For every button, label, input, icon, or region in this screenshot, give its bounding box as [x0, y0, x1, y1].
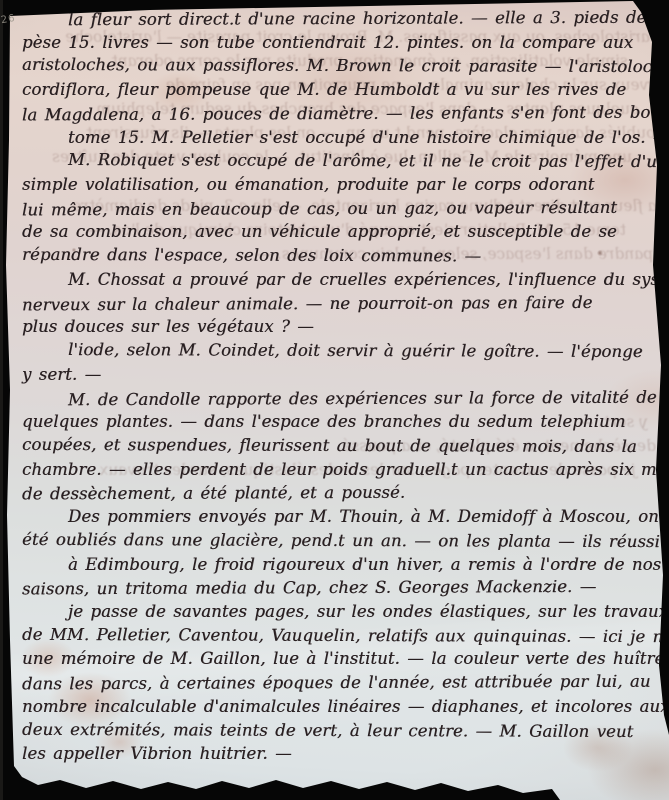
manuscript-line: coupées, et suspendues, fleurissent au b… [22, 433, 662, 459]
manuscript-line: chambre. — elles perdent de leur poids g… [22, 458, 662, 482]
manuscript-line: simple volatilisation, ou émanation, pro… [22, 173, 662, 197]
manuscript-paper: aristoloches, ou aux passiflores. M. Bro… [0, 0, 669, 800]
manuscript-line: à Edimbourg, le froid rigoureux d'un hiv… [22, 553, 662, 577]
manuscript-line: nerveux sur la chaleur animale. — ne pou… [22, 290, 662, 317]
manuscript-line: de dessèchement, a été planté, et a pous… [22, 480, 662, 507]
manuscript-line: je passe de savantes pages, sur les onde… [22, 600, 662, 624]
manuscript-line: Des pommiers envoyés par M. Thouin, à M.… [22, 505, 662, 529]
manuscript-line: M. de Candolle rapporte des expériences … [22, 385, 662, 412]
manuscript-line: pèse 15. livres — son tube contiendrait … [22, 31, 662, 55]
manuscript-text: la fleur sort direct.t d'une racine hori… [22, 7, 662, 766]
manuscript-line: deux extrémités, mais teints de vert, à … [22, 717, 662, 743]
manuscript-line: aristoloches, ou aux passiflores. M. Bro… [22, 53, 662, 79]
manuscript-line: lui même, mais en beaucoup de cas, ou un… [22, 195, 662, 222]
manuscript-line: l'iode, selon M. Coindet, doit servir à … [22, 338, 662, 364]
photo-backdrop: 26 aristoloches, ou aux passiflores. M. … [0, 0, 669, 800]
manuscript-line: répandre dans l'espace, selon des loix c… [22, 243, 662, 269]
manuscript-line: la fleur sort direct.t d'une racine hori… [22, 6, 662, 33]
manuscript-line: une mémoire de M. Gaillon, lue à l'insti… [22, 647, 662, 671]
manuscript-line: tome 15. M. Pelletier s'est occupé d'une… [22, 126, 662, 150]
manuscript-line: les appeller Vibrion huitrier. — [22, 742, 662, 766]
manuscript-line: de sa combinaison, avec un véhicule appr… [22, 220, 662, 244]
manuscript-line: de MM. Pelletier, Caventou, Vauquelin, r… [22, 623, 662, 649]
manuscript-line: cordiflora, fleur pompeuse que M. de Hum… [22, 78, 662, 102]
manuscript-line: M. Robiquet s'est occupé de l'arôme, et … [22, 148, 662, 174]
manuscript-line: été oubliés dans une glacière, pend.t un… [22, 528, 662, 554]
manuscript-line: M. Chossat a prouvé par de cruelles expé… [22, 268, 662, 292]
manuscript-line: la Magdalena, a 16. pouces de diamètre. … [22, 100, 662, 127]
manuscript-line: nombre incalculable d'animalcules linéai… [22, 695, 662, 719]
manuscript-line: y sert. — [22, 363, 662, 387]
manuscript-line: quelques plantes. — dans l'espace des br… [22, 410, 662, 434]
manuscript-line: saisons, un tritoma media du Cap, chez S… [22, 575, 662, 602]
manuscript-line: dans les parcs, à certaines époques de l… [22, 670, 662, 697]
manuscript-line: plus douces sur les végétaux ? — [22, 315, 662, 339]
